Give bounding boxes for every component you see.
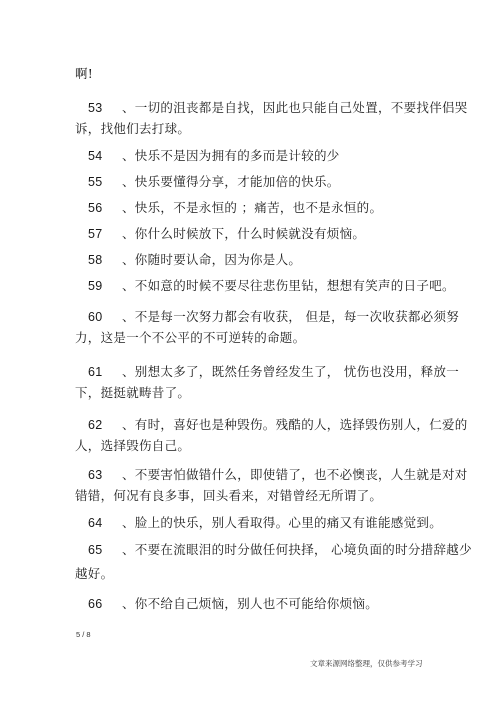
- item-62-cont: 人，选择毁伤自己。: [75, 438, 190, 454]
- item-66: 66、你不给自己烦恼，别人也不可能给你烦恼。: [88, 596, 378, 612]
- item-62: 62、有时，喜好也是种毁伤。残酷的人，选择毁伤别人，仁爱的: [88, 417, 468, 433]
- item-53: 53、一切的沮丧都是自找，因此也只能自己处置，不要找伴侣哭: [88, 100, 468, 116]
- item-57: 57、你什么时候放下，什么时候就没有烦恼。: [88, 226, 365, 242]
- item-58: 58、你随时要认命，因为你是人。: [88, 252, 301, 268]
- item-61-cont: 下，挺挺就畴昔了。: [75, 385, 190, 401]
- item-63: 63、不要害怕做错什么，即使错了，也不必懊丧，人生就是对对: [88, 467, 468, 483]
- item-60: 60、不是每一次努力都会有收获， 但是，每一次收获都必须努: [88, 309, 459, 325]
- item-56: 56、快乐，不是永恒的 ；痛苦，也不是永恒的。: [88, 200, 382, 216]
- item-61: 61、别想太多了，既然任务曾经发生了， 忧伤也没用，释放一: [88, 364, 459, 380]
- page-number: 5 / 8: [76, 630, 91, 639]
- item-54: 54、快乐不是因为拥有的多而是计较的少: [88, 148, 340, 164]
- footer-note: 文章来源网络整理，仅供参考学习: [310, 658, 423, 669]
- item-65: 65、不要在流眼泪的时分做任何抉择， 心境负面的时分措辞越少: [88, 542, 472, 558]
- lead-line: 啊!: [75, 66, 93, 82]
- item-64: 64、脸上的快乐，别人看取得。心里的痛又有谁能感觉到。: [88, 515, 442, 531]
- item-60-cont: 力，这是一个不公平的不可逆转的命题。: [75, 330, 305, 346]
- item-59: 59、不如意的时候不要尽往悲伤里钻，想想有笑声的日子吧。: [88, 278, 455, 294]
- item-65-cont: 越好。: [75, 566, 113, 582]
- item-number: 53: [88, 100, 122, 116]
- document-page: 啊! 53、一切的沮丧都是自找，因此也只能自己处置，不要找伴侣哭 诉，找他们去打…: [0, 0, 500, 708]
- item-53-cont: 诉，找他们去打球。: [75, 121, 190, 137]
- item-63-cont: 错错，何况有良多事，回头看来，对错曾经无所谓了。: [75, 488, 382, 504]
- item-55: 55、快乐要懂得分享，才能加倍的快乐。: [88, 174, 340, 190]
